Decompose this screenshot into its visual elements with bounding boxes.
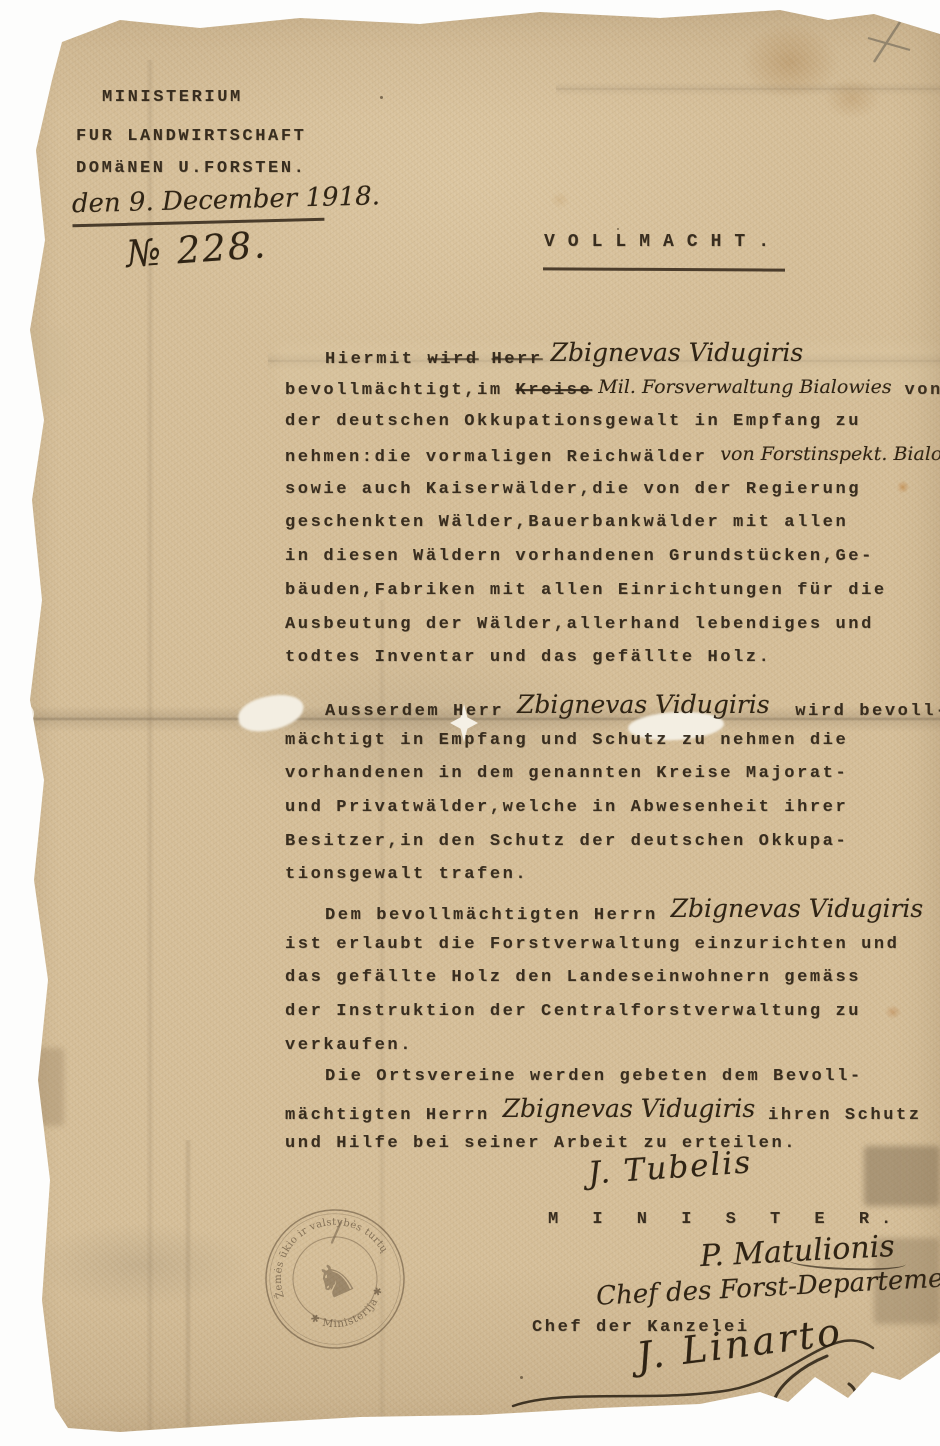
typed-text: Kreise — [515, 381, 592, 400]
text-line: Ausserdem Herr Zbignevas Vidugiris wird … — [285, 690, 940, 724]
letterhead-line: MINISTERIUM — [102, 88, 243, 107]
paper-damage — [6, 702, 34, 726]
text-line: Die Ortsvereine werden gebeten dem Bevol… — [285, 1060, 940, 1094]
text-line: bäuden,Fabriken mit allen Einrichtungen … — [285, 574, 940, 608]
typed-text: Die Ortsvereine werden gebeten dem Bevol… — [325, 1067, 863, 1086]
handwritten-insert: von Forstinspekt. Bialowies, — [720, 443, 940, 465]
minister-label: M I N I S T E R. — [548, 1210, 903, 1229]
paragraph-2: Ausserdem Herr Zbignevas Vidugiris wird … — [285, 690, 940, 892]
typed-text: bäuden,Fabriken mit allen Einrichtungen … — [285, 581, 887, 600]
text-line: in diesen Wäldern vorhandenen Grundstück… — [285, 540, 940, 574]
letterhead-line: FUR LANDWIRTSCHAFT — [76, 127, 306, 146]
typed-text: Herr — [491, 350, 542, 369]
text-line: tionsgewalt trafen. — [285, 858, 940, 892]
handwritten-insert: Zbignevas Vidugiris — [671, 894, 924, 923]
typed-text: Dem bevollmächtigten Herrn — [325, 906, 671, 925]
text-line: Besitzer,in den Schutz der deutschen Okk… — [285, 825, 940, 859]
paper-crease — [556, 82, 940, 96]
paragraph-3: Dem bevollmächtigten Herrn Zbignevas Vid… — [285, 894, 940, 1062]
handwritten-insert: Zbignevas Vidugiris — [543, 338, 804, 367]
typed-text — [479, 350, 492, 369]
text-line: mächtigten Herrn Zbignevas Vidugiris ihr… — [285, 1094, 940, 1128]
svg-text:♞: ♞ — [307, 1248, 365, 1311]
document-page: MINISTERIUM FUR LANDWIRTSCHAFT DOMäNEN U… — [0, 0, 940, 1446]
typed-text: verkaufen. — [285, 1036, 413, 1055]
typed-text: ist erlaubt die Forstverwaltung einzuric… — [285, 935, 899, 954]
typed-text: der deutschen Okkupationsgewalt in Empfa… — [285, 412, 861, 431]
ink-speck — [617, 228, 619, 230]
title-underline — [543, 267, 785, 271]
text-line: der Instruktion der Centralforstverwaltu… — [285, 995, 940, 1029]
typed-text: mächtigt in Empfang und Schutz zu nehmen… — [285, 731, 848, 750]
typed-text: Ausserdem Herr — [325, 702, 517, 721]
text-line: sowie auch Kaiserwälder,die von der Regi… — [285, 473, 940, 507]
text-line: nehmen:die vormaligen Reichwälder von Fo… — [285, 439, 940, 473]
typed-text: der Instruktion der Centralforstverwaltu… — [285, 1002, 861, 1021]
typed-text: mächtigten Herrn — [285, 1106, 503, 1125]
typed-text: das gefällte Holz den Landeseinwohnern g… — [285, 968, 861, 987]
typed-text: geschenkten Wälder,Bauerbankwälder mit a… — [285, 513, 848, 532]
text-line: der deutschen Okkupationsgewalt in Empfa… — [285, 405, 940, 439]
text-line: Ausbeutung der Wälder,allerhand lebendig… — [285, 608, 940, 642]
typed-text: sowie auch Kaiserwälder,die von der Regi… — [285, 480, 861, 499]
dark-smudge — [8, 722, 30, 772]
text-line: mächtigt in Empfang und Schutz zu nehmen… — [285, 724, 940, 758]
typed-text: tionsgewalt trafen. — [285, 865, 528, 884]
text-line: bevollmächtigt,im Kreise Mil. Forsverwal… — [285, 372, 940, 406]
text-line: und Privatwälder,welche in Abwesenheit i… — [285, 791, 940, 825]
pencil-x-mark — [866, 16, 914, 68]
typed-text: Hiermit — [325, 350, 427, 369]
typed-text: ihren Schutz — [755, 1106, 921, 1125]
typed-text: Ausbeutung der Wälder,allerhand lebendig… — [285, 615, 874, 634]
text-line: das gefällte Holz den Landeseinwohnern g… — [285, 961, 940, 995]
handwritten-insert: Zbignevas Vidugiris — [517, 690, 770, 719]
paper-fold — [184, 1140, 192, 1430]
typed-text: wird bevoll- — [770, 702, 940, 721]
discoloration-patch — [16, 330, 68, 396]
text-line: verkaufen. — [285, 1029, 940, 1063]
handwritten-insert: Mil. Forsverwaltung Bialowies — [592, 376, 891, 398]
typed-text: bevollmächtigt,im — [285, 381, 515, 400]
typed-text: und Privatwälder,welche in Abwesenheit i… — [285, 798, 848, 817]
handwritten-date: den 9. December 1918. — [72, 183, 325, 228]
text-line: Hiermit wird Herr Zbignevas Vidugiris — [285, 338, 940, 372]
tape-mark — [16, 1048, 64, 1126]
document-title: VOLLMACHT. — [544, 232, 782, 252]
text-line: vorhandenen in dem genannten Kreise Majo… — [285, 757, 940, 791]
ministry-round-stamp: Žemės ūkio ir valstybės turtų ✱ Minister… — [236, 1180, 434, 1378]
signature-flourish — [505, 1318, 905, 1443]
document-number: № 228. — [125, 223, 269, 276]
ink-speck — [380, 96, 383, 99]
text-line: todtes Inventar und das gefällte Holz. — [285, 641, 940, 675]
typed-text: wird — [427, 350, 478, 369]
text-line: ist erlaubt die Forstverwaltung einzuric… — [285, 928, 940, 962]
paragraph-4: Die Ortsvereine werden gebeten dem Bevol… — [285, 1060, 940, 1161]
typed-text: von — [892, 381, 940, 400]
typed-text: vorhandenen in dem genannten Kreise Majo… — [285, 764, 848, 783]
typed-text: todtes Inventar und das gefällte Holz. — [285, 648, 771, 667]
text-line: geschenkten Wälder,Bauerbankwälder mit a… — [285, 506, 940, 540]
typed-text: nehmen:die vormaligen Reichwälder — [285, 448, 720, 467]
paragraph-1: Hiermit wird Herr Zbignevas Vidugirisbev… — [285, 338, 940, 675]
typed-text: Besitzer,in den Schutz der deutschen Okk… — [285, 832, 848, 851]
letterhead-line: DOMäNEN U.FORSTEN. — [76, 159, 306, 178]
typed-text: in diesen Wäldern vorhandenen Grundstück… — [285, 547, 874, 566]
text-line: Dem bevollmächtigten Herrn Zbignevas Vid… — [285, 894, 940, 928]
handwritten-insert: Zbignevas Vidugiris — [503, 1094, 756, 1123]
